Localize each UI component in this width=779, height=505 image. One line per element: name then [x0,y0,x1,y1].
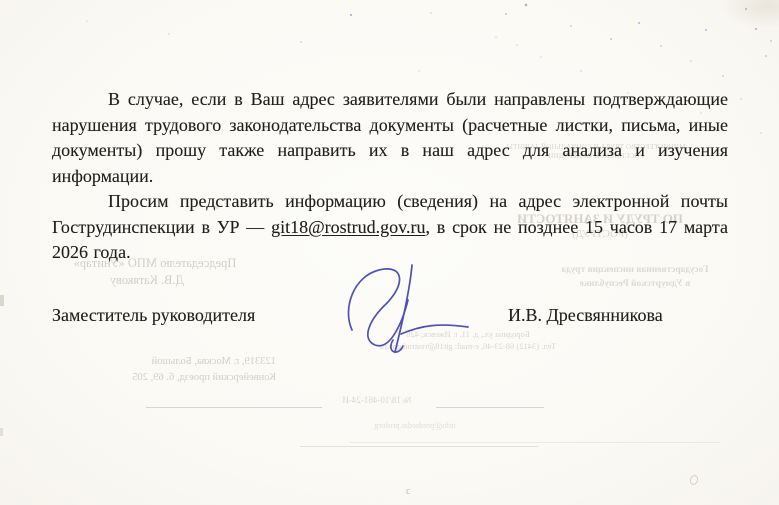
scan-noise-specks [0,0,2,2]
scanned-letter-page: МИНИСТЕРСТВО ТРУДА И СОЦИАЛЬНОЙ ЗАЩИТЫ Р… [0,0,779,505]
bleedthrough-inspection: Государственная инспекция труда в Удмурт… [556,263,714,292]
bleedthrough-line: в Удмуртской Республике [556,277,714,291]
handwritten-signature [332,262,492,362]
bleedthrough-address: 123319, г. Москва, Большой Конвейерский … [56,354,276,387]
bleedthrough-form-line [436,407,544,408]
bleedthrough-line: Конвейерский проезд, б. 69, 205 [56,370,276,386]
stray-pen-mark: с [406,486,410,497]
bleedthrough-line: 123319, г. Москва, Большой [56,354,276,370]
body-paragraph-2: Просим представить информацию (сведения)… [52,189,728,266]
email-address-text: git18@rostrud.gov.ru [271,217,425,237]
signer-name: И.В. Дресвянникова [508,305,663,326]
smudge-line [350,442,720,443]
edge-scan-mark [0,295,4,306]
ring-scan-mark [689,474,700,486]
signer-position-title: Заместитель руководителя [52,305,255,326]
bleedthrough-form-line [146,407,322,408]
bleedthrough-email: info@predsedat.proforg [350,420,480,431]
bleedthrough-reference-number: № 18/10-461-24-И [322,395,432,406]
edge-scan-mark [0,428,3,436]
corner-smudge [719,0,779,30]
body-paragraph-1: В случае, если в Ваш адрес заявителями б… [52,87,728,189]
bleedthrough-form-line [300,446,538,447]
bleedthrough-addressee-name: Д.В. Катякову [92,273,202,289]
